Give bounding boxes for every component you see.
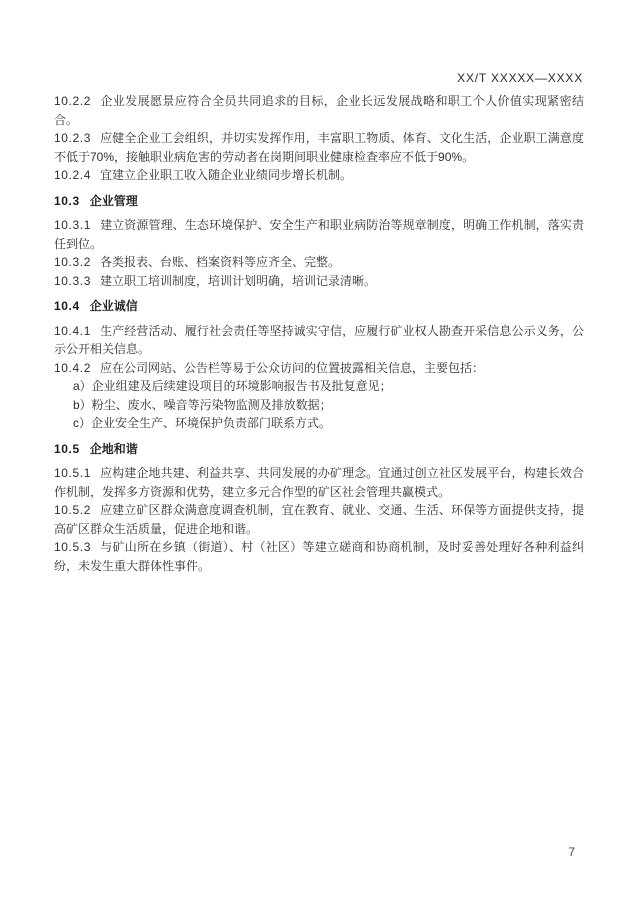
clause-number: 10.5.2 <box>54 503 91 517</box>
section-number: 10.5 <box>54 442 80 456</box>
clause-10-5-3: 10.5.3与矿山所在乡镇（街道）、村（社区）等建立磋商和协商机制，及时妥善处理… <box>54 538 584 575</box>
clause-number: 10.5.1 <box>54 466 91 480</box>
section-title: 企地和谐 <box>90 442 138 456</box>
clause-text: 应在公司网站、公告栏等易于公众访问的位置披露相关信息，主要包括： <box>100 361 484 375</box>
clause-text: 宜建立企业职工收入随企业业绩同步增长机制。 <box>100 168 352 182</box>
clause-text: 与矿山所在乡镇（街道）、村（社区）等建立磋商和协商机制，及时妥善处理好各种利益纠… <box>54 540 584 573</box>
clause-10-4-2: 10.4.2应在公司网站、公告栏等易于公众访问的位置披露相关信息，主要包括： <box>54 359 584 378</box>
page-number: 7 <box>568 845 575 859</box>
clause-text: 建立资源管理、生态环境保护、安全生产和职业病防治等规章制度，明确工作机制，落实责… <box>54 218 584 251</box>
clause-text: 建立职工培训制度，培训计划明确，培训记录清晰。 <box>100 274 376 288</box>
section-number: 10.4 <box>54 299 80 313</box>
clause-number: 10.2.4 <box>54 168 91 182</box>
clause-text: 各类报表、台账、档案资料等应齐全、完整。 <box>100 255 340 269</box>
section-number: 10.3 <box>54 194 80 208</box>
document-body: 10.2.2企业发展愿景应符合全员共同追求的目标，企业长远发展战略和职工个人价值… <box>54 92 584 575</box>
section-title: 企业管理 <box>90 194 138 208</box>
clause-number: 10.2.2 <box>54 94 91 108</box>
list-item-b: b）粉尘、废水、噪音等污染物监测及排放数据； <box>54 396 584 415</box>
section-heading-10-4: 10.4企业诚信 <box>54 297 584 316</box>
clause-number: 10.3.3 <box>54 274 91 288</box>
section-heading-10-5: 10.5企地和谐 <box>54 440 584 459</box>
clause-text: 应健全企业工会组织，并切实发挥作用，丰富职工物质、体育、文化生活，企业职工满意度… <box>54 131 584 164</box>
clause-text: 生产经营活动、履行社会责任等坚持诚实守信，应履行矿业权人勘查开采信息公示义务，公… <box>54 324 584 357</box>
clause-text: 应构建企地共建、利益共享、共同发展的办矿理念。宜通过创立社区发展平台，构建长效合… <box>54 466 584 499</box>
section-title: 企业诚信 <box>90 299 138 313</box>
clause-number: 10.2.3 <box>54 131 91 145</box>
clause-number: 10.5.3 <box>54 540 91 554</box>
clause-10-5-2: 10.5.2应建立矿区群众满意度调查机制，宜在教育、就业、交通、生活、环保等方面… <box>54 501 584 538</box>
clause-text: 企业发展愿景应符合全员共同追求的目标，企业长远发展战略和职工个人价值实现紧密结合… <box>54 94 584 127</box>
clause-10-3-1: 10.3.1建立资源管理、生态环境保护、安全生产和职业病防治等规章制度，明确工作… <box>54 216 584 253</box>
section-heading-10-3: 10.3企业管理 <box>54 192 584 211</box>
clause-10-5-1: 10.5.1应构建企地共建、利益共享、共同发展的办矿理念。宜通过创立社区发展平台… <box>54 464 584 501</box>
clause-number: 10.3.2 <box>54 255 91 269</box>
document-page: XX/T XXXXX—XXXX 10.2.2企业发展愿景应符合全员共同追求的目标… <box>0 0 631 912</box>
clause-10-2-3: 10.2.3应健全企业工会组织，并切实发挥作用，丰富职工物质、体育、文化生活，企… <box>54 129 584 166</box>
doc-code-header: XX/T XXXXX—XXXX <box>457 71 583 85</box>
clause-10-3-2: 10.3.2各类报表、台账、档案资料等应齐全、完整。 <box>54 253 584 272</box>
clause-10-2-2: 10.2.2企业发展愿景应符合全员共同追求的目标，企业长远发展战略和职工个人价值… <box>54 92 584 129</box>
list-item-a: a）企业组建及后续建设项目的环境影响报告书及批复意见； <box>54 377 584 396</box>
clause-number: 10.4.1 <box>54 324 91 338</box>
clause-10-4-1: 10.4.1生产经营活动、履行社会责任等坚持诚实守信，应履行矿业权人勘查开采信息… <box>54 322 584 359</box>
clause-text: 应建立矿区群众满意度调查机制，宜在教育、就业、交通、生活、环保等方面提供支持，提… <box>54 503 584 536</box>
clause-10-3-3: 10.3.3建立职工培训制度，培训计划明确，培训记录清晰。 <box>54 272 584 291</box>
clause-10-2-4: 10.2.4宜建立企业职工收入随企业业绩同步增长机制。 <box>54 166 584 185</box>
list-item-c: c）企业安全生产、环境保护负责部门联系方式。 <box>54 414 584 433</box>
clause-number: 10.4.2 <box>54 361 91 375</box>
clause-number: 10.3.1 <box>54 218 91 232</box>
